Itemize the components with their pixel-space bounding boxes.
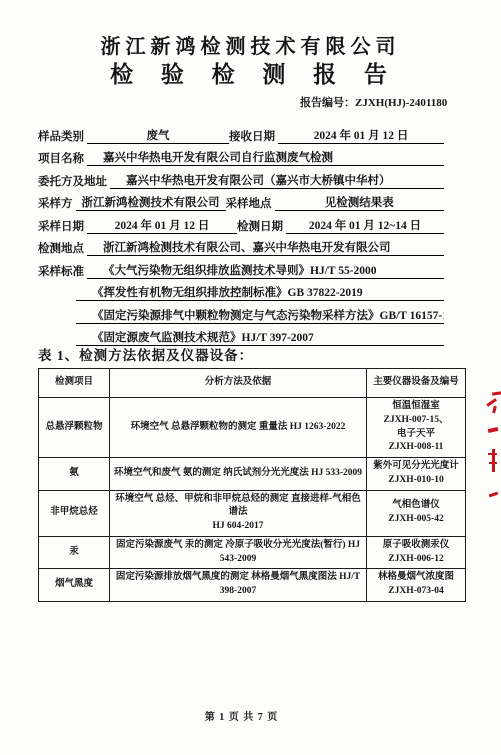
sampling-site-label: 采样地点 bbox=[226, 195, 275, 211]
project-name-label: 项目名称 bbox=[38, 150, 87, 166]
cell-method: 固定污染源排放烟气黑度的测定 林格曼烟气黑度图法 HJ/T 398-2007 bbox=[110, 569, 367, 602]
standard-line-1: 《大气污染物无组织排放监测技术导则》HJ/T 55-2000 bbox=[87, 262, 444, 279]
report-title: 检 验 检 测 报 告 bbox=[0, 56, 501, 89]
report-number: 报告编号：ZJXH(HJ)-2401180 bbox=[300, 94, 447, 110]
cell-item: 非甲烷总烃 bbox=[39, 490, 110, 536]
client-value: 嘉兴中华热电开发有限公司（嘉兴市大桥镇中华村） bbox=[110, 172, 444, 189]
header-fields: 样品类别 废气 接收日期 2024 年 01 月 12 日 项目名称 嘉兴中华热… bbox=[38, 121, 444, 346]
sample-type-value: 废气 bbox=[87, 127, 229, 144]
field-row-standard-2: 《挥发性有机物无组织排放控制标准》GB 37822-2019 bbox=[38, 279, 444, 302]
cell-item: 氨 bbox=[39, 458, 110, 491]
test-date-value: 2024 年 01 月 12~14 日 bbox=[286, 217, 444, 234]
table-row: 总悬浮颗粒物 环境空气 总悬浮颗粒物的测定 重量法 HJ 1263-2022 恒… bbox=[39, 398, 466, 458]
table1-title: 表 1、检测方法依据及仪器设备： bbox=[38, 344, 253, 364]
report-number-value: ZJXH(HJ)-2401180 bbox=[355, 97, 447, 109]
page-number: 第 1 页 共 7 页 bbox=[0, 708, 483, 723]
col-header-instrument: 主要仪器设备及编号 bbox=[367, 369, 466, 398]
sampling-date-value: 2024 年 01 月 12 日 bbox=[87, 217, 237, 234]
standard-line-2: 《挥发性有机物无组织排放控制标准》GB 37822-2019 bbox=[76, 284, 444, 301]
table-header-row: 检测项目 分析方法及依据 主要仪器设备及编号 bbox=[39, 369, 466, 398]
red-seal-fragment-icon bbox=[485, 385, 501, 517]
receive-date-value: 2024 年 01 月 12 日 bbox=[278, 127, 444, 144]
test-location-value: 浙江新鸿检测技术有限公司、嘉兴中华热电开发有限公司 bbox=[87, 239, 444, 256]
receive-date-label: 接收日期 bbox=[229, 128, 278, 144]
report-number-label: 报告编号： bbox=[300, 97, 355, 109]
cell-instrument: 原子吸收测汞仪 ZJXH-006-12 bbox=[367, 536, 466, 569]
standard-line-3: 《固定污染源排气中颗粒物测定与气态污染物采样方法》GB/T 16157-1996… bbox=[76, 307, 444, 324]
field-row-test-location: 检测地点 浙江新鸿检测技术有限公司、嘉兴中华热电开发有限公司 bbox=[38, 234, 444, 257]
field-row-standard-4: 《固定源废气监测技术规范》HJ/T 397-2007 bbox=[38, 324, 444, 347]
cell-method: 环境空气 总悬浮颗粒物的测定 重量法 HJ 1263-2022 bbox=[110, 398, 367, 458]
table-row: 非甲烷总烃 环境空气 总烃、甲烷和非甲烷总烃的测定 直接进样-气相色谱法 HJ … bbox=[39, 490, 466, 536]
cell-method: 环境空气 总烃、甲烷和非甲烷总烃的测定 直接进样-气相色谱法 HJ 604-20… bbox=[110, 490, 367, 536]
cell-item: 烟气黑度 bbox=[39, 569, 110, 602]
field-row-sample-type: 样品类别 废气 接收日期 2024 年 01 月 12 日 bbox=[38, 121, 444, 144]
table-row: 氨 环境空气和废气 氨的测定 纳氏试剂分光光度法 HJ 533-2009 紫外可… bbox=[39, 458, 466, 491]
cell-item: 总悬浮颗粒物 bbox=[39, 398, 110, 458]
cell-method: 环境空气和废气 氨的测定 纳氏试剂分光光度法 HJ 533-2009 bbox=[110, 458, 367, 491]
sampling-site-value: 见检测结果表 bbox=[275, 194, 445, 211]
sample-type-label: 样品类别 bbox=[38, 128, 87, 144]
sampler-value: 浙江新鸿检测技术有限公司 bbox=[76, 194, 226, 211]
col-header-method: 分析方法及依据 bbox=[110, 369, 367, 398]
cell-method: 固定污染源废气 汞的测定 冷原子吸收分光光度法(暂行) HJ 543-2009 bbox=[110, 536, 367, 569]
table-row: 烟气黑度 固定污染源排放烟气黑度的测定 林格曼烟气黑度图法 HJ/T 398-2… bbox=[39, 569, 466, 602]
company-title: 浙江新鸿检测技术有限公司 bbox=[0, 30, 501, 59]
sampler-label: 采样方 bbox=[38, 195, 76, 211]
standards-label: 采样标准 bbox=[38, 263, 87, 279]
col-header-item: 检测项目 bbox=[39, 369, 110, 398]
project-name-value: 嘉兴中华热电开发有限公司自行监测废气检测 bbox=[87, 149, 444, 166]
cell-instrument: 紫外可见分光光度计 ZJXH-010-10 bbox=[367, 458, 466, 491]
field-row-client: 委托方及地址 嘉兴中华热电开发有限公司（嘉兴市大桥镇中华村） bbox=[38, 166, 444, 189]
field-row-sampling-date: 采样日期 2024 年 01 月 12 日 检测日期 2024 年 01 月 1… bbox=[38, 211, 444, 234]
field-row-standard-1: 采样标准 《大气污染物无组织排放监测技术导则》HJ/T 55-2000 bbox=[38, 256, 444, 279]
cell-instrument: 林格曼烟气浓度图 ZJXH-073-04 bbox=[367, 569, 466, 602]
report-page: 浙江新鸿检测技术有限公司 检 验 检 测 报 告 报告编号：ZJXH(HJ)-2… bbox=[0, 0, 501, 755]
client-label: 委托方及地址 bbox=[38, 173, 110, 189]
test-date-label: 检测日期 bbox=[237, 218, 286, 234]
field-row-standard-3: 《固定污染源排气中颗粒物测定与气态污染物采样方法》GB/T 16157-1996… bbox=[38, 301, 444, 324]
test-location-label: 检测地点 bbox=[38, 240, 87, 256]
field-row-sampler: 采样方 浙江新鸿检测技术有限公司 采样地点 见检测结果表 bbox=[38, 189, 444, 212]
cell-instrument: 气相色谱仪 ZJXH-005-42 bbox=[367, 490, 466, 536]
cell-instrument: 恒温恒湿室 ZJXH-007-15、 电子天平 ZJXH-008-11 bbox=[367, 398, 466, 458]
field-row-project-name: 项目名称 嘉兴中华热电开发有限公司自行监测废气检测 bbox=[38, 144, 444, 167]
table-row: 汞 固定污染源废气 汞的测定 冷原子吸收分光光度法(暂行) HJ 543-200… bbox=[39, 536, 466, 569]
methods-instruments-table: 检测项目 分析方法及依据 主要仪器设备及编号 总悬浮颗粒物 环境空气 总悬浮颗粒… bbox=[38, 368, 466, 602]
sampling-date-label: 采样日期 bbox=[38, 218, 87, 234]
cell-item: 汞 bbox=[39, 536, 110, 569]
